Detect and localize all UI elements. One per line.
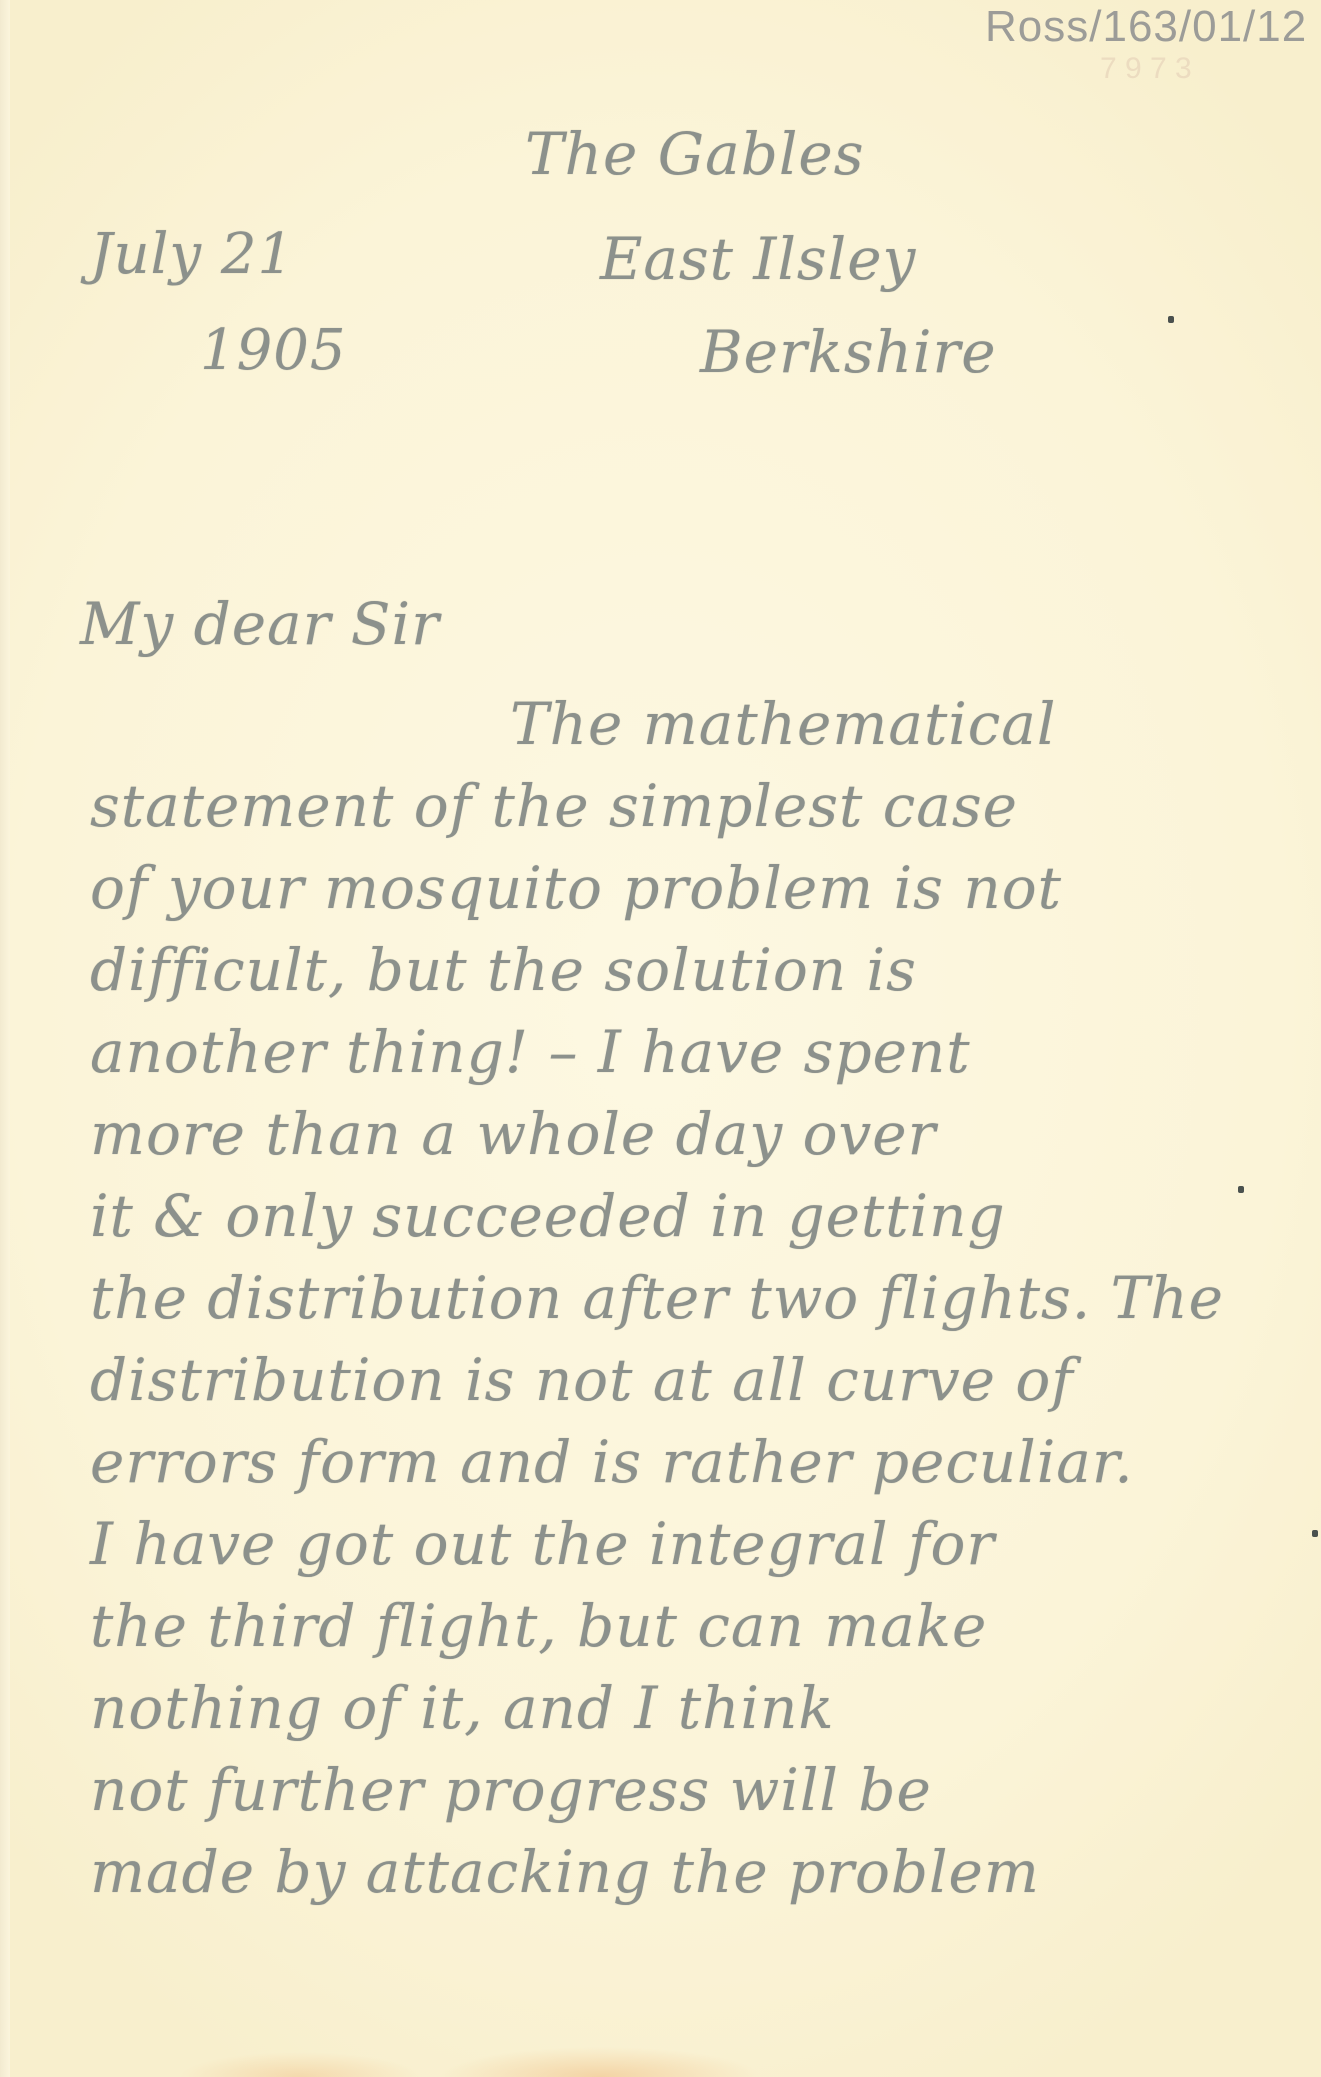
body-line: the distribution after two flights. The	[90, 1264, 1224, 1332]
salutation: My dear Sir	[80, 590, 440, 658]
body-line: statement of the simplest case	[90, 772, 1018, 840]
body-line: of your mosquito problem is not	[90, 854, 1062, 922]
ink-speck	[1312, 1530, 1318, 1537]
body-line: nothing of it, and I think	[90, 1674, 835, 1742]
address-line-2: East Ilsley	[600, 225, 916, 293]
archive-reference-faint: 7 9 7 3	[1100, 52, 1192, 86]
body-line: made by attacking the problem	[90, 1838, 1040, 1906]
ink-speck	[1168, 316, 1174, 323]
body-line: more than a whole day over	[90, 1100, 936, 1168]
body-line: The mathematical	[510, 690, 1056, 758]
body-line: it & only succeeded in getting	[90, 1182, 1006, 1250]
address-line-3: Berkshire	[700, 318, 997, 386]
body-line: not further progress will be	[90, 1756, 932, 1824]
body-line: the third flight, but can make	[90, 1592, 987, 1660]
date-month-day: July 21	[90, 222, 294, 287]
body-line: distribution is not at all curve of	[90, 1346, 1074, 1414]
ink-speck	[1238, 1186, 1244, 1193]
body-line: errors form and is rather peculiar.	[90, 1428, 1134, 1496]
body-line: difficult, but the solution is	[90, 936, 917, 1004]
address-line-1: The Gables	[525, 120, 864, 188]
body-line: I have got out the integral for	[90, 1510, 995, 1578]
body-line: another thing! – I have spent	[90, 1018, 971, 1086]
date-year: 1905	[200, 318, 347, 383]
archive-reference: Ross/163/01/12	[985, 2, 1307, 52]
paper-edge	[0, 0, 10, 2077]
